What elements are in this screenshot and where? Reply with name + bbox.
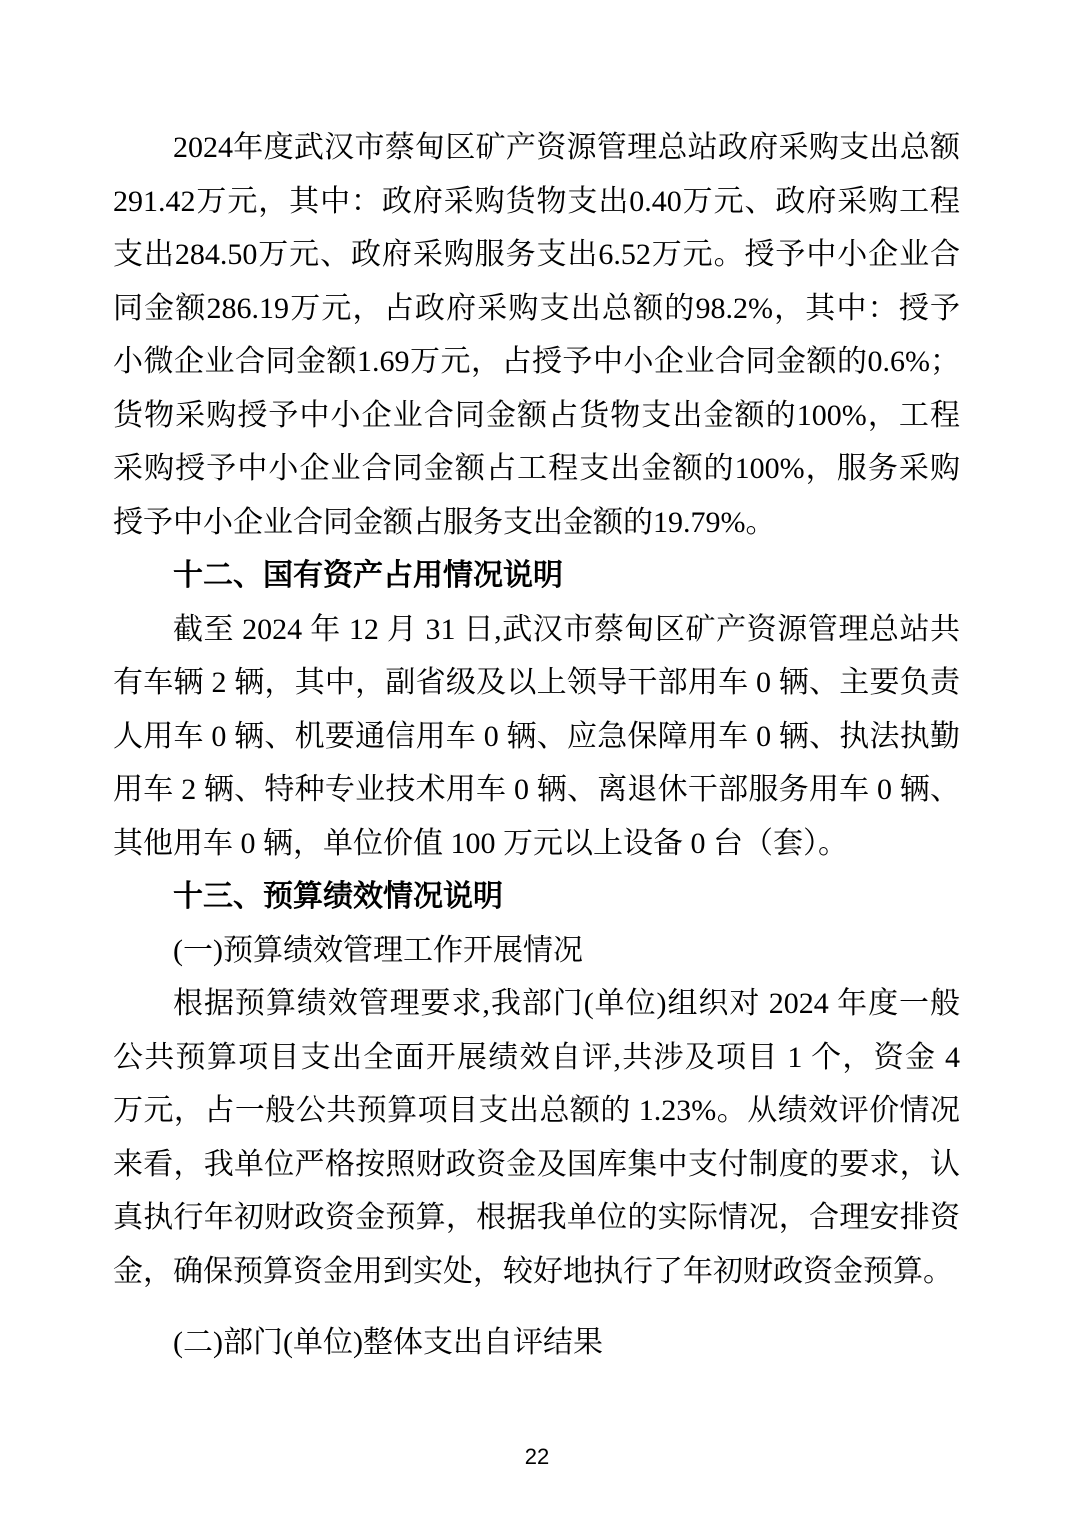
document-body: 2024年度武汉市蔡甸区矿产资源管理总站政府采购支出总额291.42万元，其中：… [113,121,960,1370]
subheading-performance-work: (一)预算绩效管理工作开展情况 [113,924,960,978]
paragraph-state-assets: 截至 2024 年 12 月 31 日,武汉市蔡甸区矿产资源管理总站共有车辆 2… [113,603,960,871]
page-number: 22 [0,1444,1074,1470]
paragraph-performance-work: 根据预算绩效管理要求,我部门(单位)组织对 2024 年度一般公共预算项目支出全… [113,977,960,1298]
subheading-overall-self-evaluation: (二)部门(单位)整体支出自评结果 [113,1316,960,1370]
paragraph-government-procurement: 2024年度武汉市蔡甸区矿产资源管理总站政府采购支出总额291.42万元，其中：… [113,121,960,549]
document-page: 2024年度武汉市蔡甸区矿产资源管理总站政府采购支出总额291.42万元，其中：… [0,0,1074,1520]
section-heading-state-assets: 十二、国有资产占用情况说明 [113,549,960,603]
section-heading-budget-performance: 十三、预算绩效情况说明 [113,870,960,924]
